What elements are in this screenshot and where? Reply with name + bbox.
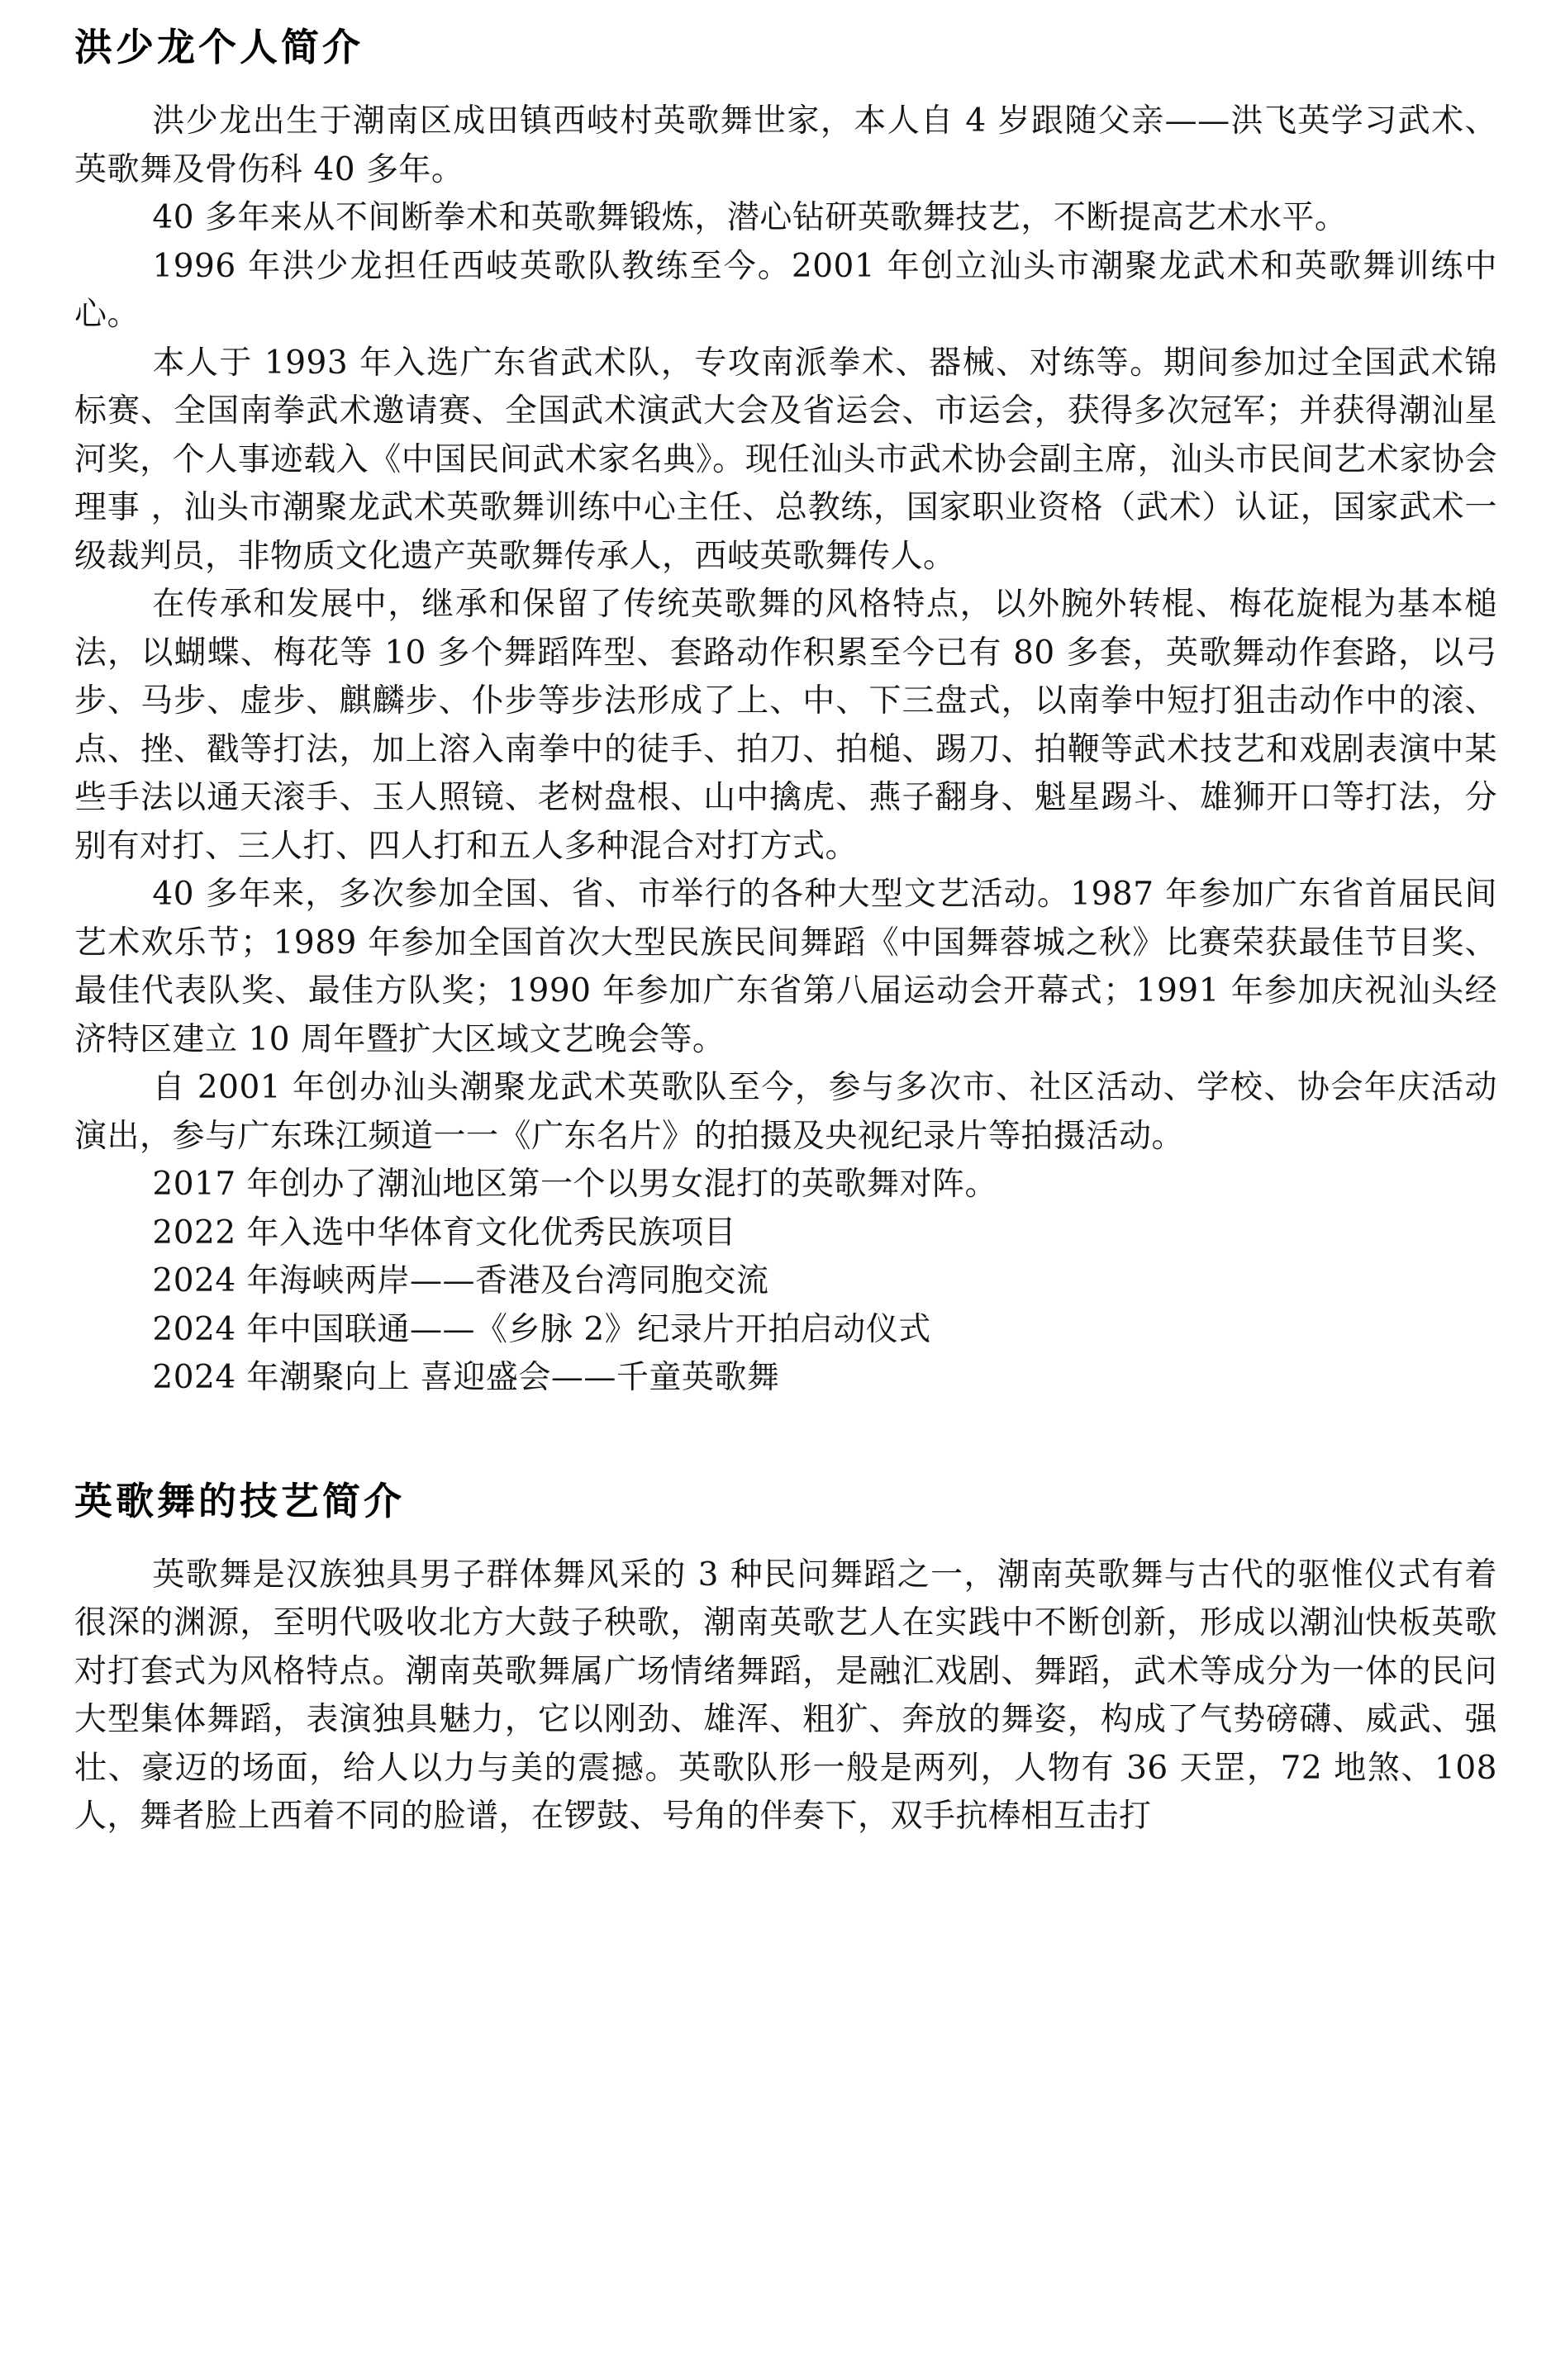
- document-page: 洪少龙个人简介 洪少龙出生于潮南区成田镇西岐村英歌舞世家，本人自 4 岁跟随父亲…: [74, 18, 1497, 1841]
- section-yingge-dance-skills: 英歌舞的技艺简介 英歌舞是汉族独具男子群体舞风采的 3 种民问舞蹈之一，潮南英歌…: [74, 1472, 1497, 1841]
- paragraph-dance-intro: 英歌舞是汉族独具男子群体舞风采的 3 种民问舞蹈之一，潮南英歌舞与古代的驱惟仪式…: [74, 1551, 1497, 1841]
- milestone-2022: 2022 年入选中华体育文化优秀民族项目: [74, 1209, 1497, 1258]
- milestone-2024-straits: 2024 年海峡两岸——香港及台湾同胞交流: [74, 1257, 1497, 1306]
- section-title: 英歌舞的技艺简介: [74, 1472, 1497, 1530]
- paragraph-team: 自 2001 年创办汕头潮聚龙武术英歌队至今，参与多次市、社区活动、学校、协会年…: [74, 1064, 1497, 1161]
- paragraph-achievements: 本人于 1993 年入选广东省武术队，专攻南派拳术、器械、对练等。期间参加过全国…: [74, 340, 1497, 582]
- section-title: 洪少龙个人简介: [74, 18, 1497, 76]
- paragraph-birth: 洪少龙出生于潮南区成田镇西岐村英歌舞世家，本人自 4 岁跟随父亲——洪飞英学习武…: [74, 97, 1497, 194]
- milestone-2024-unicom: 2024 年中国联通——《乡脉 2》纪录片开拍启动仪式: [74, 1306, 1497, 1355]
- paragraph-training: 40 多年来从不间断拳术和英歌舞锻炼，潜心钻研英歌舞技艺，不断提高艺术水平。: [74, 194, 1497, 243]
- paragraph-heritage: 在传承和发展中，继承和保留了传统英歌舞的风格特点，以外腕外转棍、梅花旋棍为基本槌…: [74, 581, 1497, 871]
- section-personal-profile: 洪少龙个人简介 洪少龙出生于潮南区成田镇西岐村英歌舞世家，本人自 4 岁跟随父亲…: [74, 18, 1497, 1403]
- paragraph-coach: 1996 年洪少龙担任西岐英歌队教练至今。2001 年创立汕头市潮聚龙武术和英歌…: [74, 243, 1497, 340]
- paragraph-events: 40 多年来，多次参加全国、省、市举行的各种大型文艺活动。1987 年参加广东省…: [74, 871, 1497, 1064]
- section-body: 英歌舞是汉族独具男子群体舞风采的 3 种民问舞蹈之一，潮南英歌舞与古代的驱惟仪式…: [74, 1551, 1497, 1841]
- milestone-2024-children: 2024 年潮聚向上 喜迎盛会——千童英歌舞: [74, 1354, 1497, 1403]
- milestone-2017: 2017 年创办了潮汕地区第一个以男女混打的英歌舞对阵。: [74, 1161, 1497, 1209]
- section-body: 洪少龙出生于潮南区成田镇西岐村英歌舞世家，本人自 4 岁跟随父亲——洪飞英学习武…: [74, 97, 1497, 1403]
